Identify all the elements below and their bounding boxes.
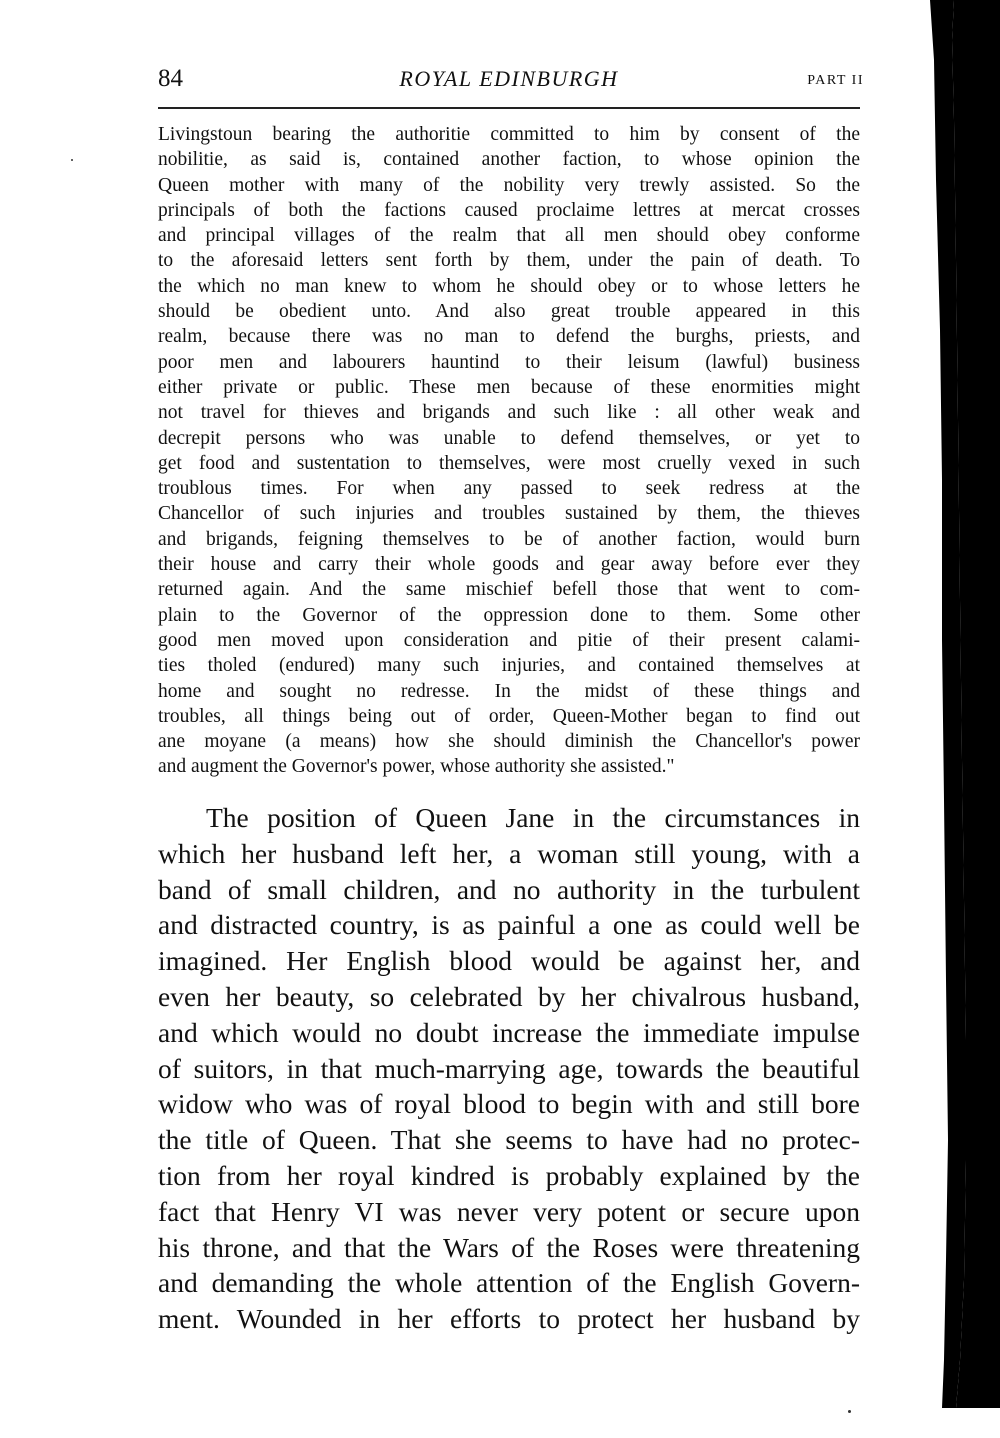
running-head: 84 ROYAL EDINBURGH PART II: [158, 64, 860, 94]
extract-line: troubles, all things being out of order,…: [158, 704, 860, 729]
extract-line: not travel for thieves and brigands and …: [158, 400, 860, 425]
ink-speck: [71, 159, 73, 161]
extract-line: poor men and labourers hauntind to their…: [158, 350, 860, 375]
extract-line: Queen mother with many of the nobility v…: [158, 173, 860, 198]
ink-speck: [848, 1410, 851, 1413]
extract-line: returned again. And the same mischief be…: [158, 577, 860, 602]
body-line: and demanding the whole attention of the…: [158, 1265, 860, 1301]
binding-shadow: [910, 0, 1000, 1410]
extract-line: Livingstoun bearing the authoritie commi…: [158, 122, 860, 147]
extract-line: Chancellor of such injuries and troubles…: [158, 501, 860, 526]
body-line: band of small children, and no authority…: [158, 872, 860, 908]
extract-line: and augment the Governor's power, whose …: [158, 754, 860, 779]
extract-line: and brigands, feigning themselves to be …: [158, 527, 860, 552]
body-line: fact that Henry VI was never very potent…: [158, 1194, 860, 1230]
body-line: of suitors, in that much-marrying age, t…: [158, 1051, 860, 1087]
body-line: ment. Wounded in her efforts to protect …: [158, 1301, 860, 1337]
extract-line: troublous times. For when any passed to …: [158, 476, 860, 501]
body-line: imagined. Her English blood would be aga…: [158, 943, 860, 979]
extract-line: good men moved upon consideration and pi…: [158, 628, 860, 653]
extract-line: principals of both the factions caused p…: [158, 198, 860, 223]
body-line: and distracted country, is as painful a …: [158, 907, 860, 943]
extract-line: and principal villages of the realm that…: [158, 223, 860, 248]
extract-line: ane moyane (a means) how she should dimi…: [158, 729, 860, 754]
body-line: his throne, and that the Wars of the Ros…: [158, 1230, 860, 1266]
extract-line: ties tholed (endured) many such injuries…: [158, 653, 860, 678]
body-line: The position of Queen Jane in the circum…: [158, 800, 860, 836]
part-label: PART II: [807, 66, 864, 96]
extract-line: plain to the Governor of the oppression …: [158, 603, 860, 628]
body-line: which her husband left her, a woman stil…: [158, 836, 860, 872]
header-rule: [158, 107, 860, 109]
extract-line: realm, because there was no man to defen…: [158, 324, 860, 349]
body-line: the title of Queen. That she seems to ha…: [158, 1122, 860, 1158]
body-line: tion from her royal kindred is probably …: [158, 1158, 860, 1194]
body-line: widow who was of royal blood to begin wi…: [158, 1086, 860, 1122]
extract-line: to the aforesaid letters sent forth by t…: [158, 248, 860, 273]
extract-line: should be obedient unto. And also great …: [158, 299, 860, 324]
quoted-extract: Livingstoun bearing the authoritie commi…: [158, 122, 860, 780]
extract-line: their house and carry their whole goods …: [158, 552, 860, 577]
extract-line: home and sought no redresse. In the mids…: [158, 679, 860, 704]
body-line: even her beauty, so celebrated by her ch…: [158, 979, 860, 1015]
extract-line: either private or public. These men beca…: [158, 375, 860, 400]
extract-line: nobilitie, as said is, contained another…: [158, 147, 860, 172]
extract-line: decrepit persons who was unable to defen…: [158, 426, 860, 451]
body-line: and which would no doubt increase the im…: [158, 1015, 860, 1051]
extract-line: get food and sustentation to themselves,…: [158, 451, 860, 476]
extract-line: the which no man knew to whom he should …: [158, 274, 860, 299]
body-paragraph: The position of Queen Jane in the circum…: [158, 800, 860, 1337]
book-page: 84 ROYAL EDINBURGH PART II Livingstoun b…: [0, 0, 1000, 1438]
running-title: ROYAL EDINBURGH: [158, 64, 860, 94]
